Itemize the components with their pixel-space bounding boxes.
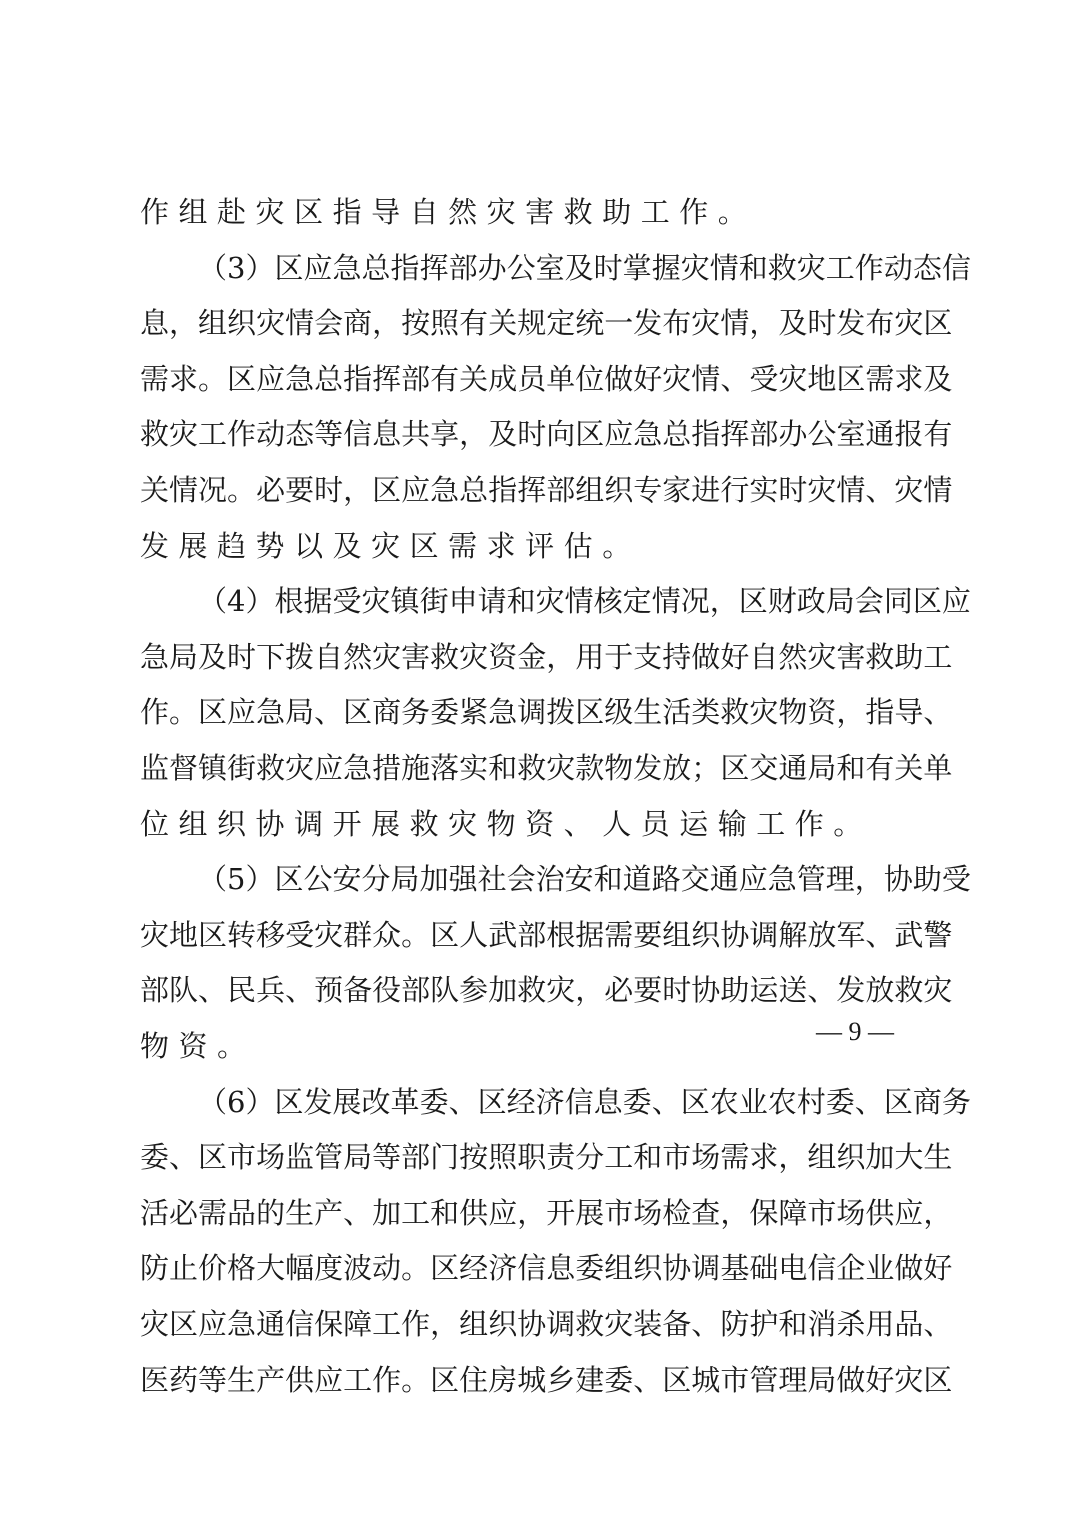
text-line: 监督镇街救灾应急措施落实和救灾款物发放；区交通局和有关单 [140,748,938,788]
text-line: 医药等生产供应工作。区住房城乡建委、区城市管理局做好灾区 [140,1360,938,1400]
text-line: 急局及时下拨自然灾害救灾资金，用于支持做好自然灾害救助工 [140,637,938,677]
text-line: 作组赴灾区指导自然灾害救助工作。 [140,192,938,232]
text-line: 作。区应急局、区商务委紧急调拨区级生活类救灾物资，指导、 [140,692,938,732]
text-line: （4）根据受灾镇街申请和灾情核定情况，区财政局会同区应 [198,581,938,621]
text-line: 需求。区应急总指挥部有关成员单位做好灾情、受灾地区需求及 [140,359,938,399]
text-line: 关情况。必要时，区应急总指挥部组织专家进行实时灾情、灾情 [140,470,938,510]
text-line: 息，组织灾情会商，按照有关规定统一发布灾情，及时发布灾区 [140,303,938,343]
text-line: 活必需品的生产、加工和供应，开展市场检查，保障市场供应， [140,1193,938,1233]
text-line: 灾区应急通信保障工作，组织协调救灾装备、防护和消杀用品、 [140,1304,938,1344]
text-line: 发展趋势以及灾区需求评估。 [140,526,938,566]
text-line: 委、区市场监管局等部门按照职责分工和市场需求，组织加大生 [140,1137,938,1177]
text-line: 位组织协调开展救灾物资、人员运输工作。 [140,804,938,844]
text-line: 防止价格大幅度波动。区经济信息委组织协调基础电信企业做好 [140,1248,938,1288]
document-page: — 9 — 作组赴灾区指导自然灾害救助工作。（3）区应急总指挥部办公室及时掌握灾… [0,0,1074,1520]
text-line: （3）区应急总指挥部办公室及时掌握灾情和救灾工作动态信 [198,248,938,288]
text-line: （6）区发展改革委、区经济信息委、区农业农村委、区商务 [198,1082,938,1122]
text-line: 灾地区转移受灾群众。区人武部根据需要组织协调解放军、武警 [140,915,938,955]
text-line: 物资。 [140,1026,938,1066]
text-line: 部队、民兵、预备役部队参加救灾，必要时协助运送、发放救灾 [140,970,938,1010]
text-line: 救灾工作动态等信息共享，及时向区应急总指挥部办公室通报有 [140,414,938,454]
text-line: （5）区公安分局加强社会治安和道路交通应急管理，协助受 [198,859,938,899]
